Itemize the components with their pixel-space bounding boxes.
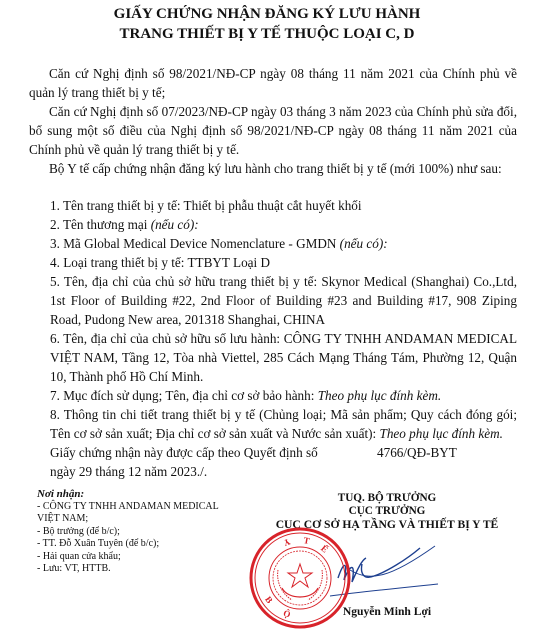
decision-number: 4766/QĐ-BYT xyxy=(377,443,457,462)
recipient-item: - Hải quan cửa khẩu; xyxy=(37,551,237,564)
recipient-item: - Bộ trưởng (để b/c); xyxy=(37,526,237,539)
svg-text:Y: Y xyxy=(282,536,292,548)
recipient-item: - Lưu: VT, HTTB. xyxy=(37,563,237,576)
recipient-item: - CÔNG TY TNHH ANDAMAN MEDICAL VIỆT NAM; xyxy=(37,501,237,526)
signer-name: Nguyễn Minh Lợi xyxy=(240,605,534,618)
preamble-issuance: Bộ Y tế cấp chứng nhận đăng ký lưu hành … xyxy=(29,159,517,178)
svg-text:T: T xyxy=(303,535,311,546)
svg-text:Ế: Ế xyxy=(319,543,330,555)
signature-title-1: TUQ. BỘ TRƯỞNG xyxy=(240,492,534,505)
document-title-line-2: TRANG THIẾT BỊ Y TẾ THUỘC LOẠI C, D xyxy=(0,25,534,43)
decision-text: Giấy chứng nhận này được cấp theo Quyết … xyxy=(50,445,318,460)
item-device-name: 1. Tên trang thiết bị y tế: Thiết bị phẫ… xyxy=(50,196,517,215)
preamble-decree-98: Căn cứ Nghị định số 98/2021/NĐ-CP ngày 0… xyxy=(29,64,517,102)
recipients-block: Nơi nhận: - CÔNG TY TNHH ANDAMAN MEDICAL… xyxy=(37,488,237,576)
item-gmdn: 3. Mã Global Medical Device Nomenclature… xyxy=(50,234,517,253)
item-device-class: 4. Loại trang thiết bị y tế: TTBYT Loại … xyxy=(50,253,517,272)
decision-date: ngày 29 tháng 12 năm 2023./. xyxy=(50,462,517,481)
recipient-item: - TT. Đỗ Xuân Tuyên (để b/c); xyxy=(37,538,237,551)
preamble-decree-07: Căn cứ Nghị định số 07/2023/NĐ-CP ngày 0… xyxy=(29,102,517,159)
recipients-heading: Nơi nhận: xyxy=(37,488,237,501)
item-registration-holder: 6. Tên, địa chỉ của chủ sở hữu số lưu hà… xyxy=(50,329,517,386)
item-details: 8. Thông tin chi tiết trang thiết bị y t… xyxy=(50,405,517,443)
document-title-line-1: GIẤY CHỨNG NHẬN ĐĂNG KÝ LƯU HÀNH xyxy=(0,5,534,23)
signature-title-2: CỤC TRƯỞNG xyxy=(240,505,534,518)
item-owner: 5. Tên, địa chỉ của chủ sở hữu trang thi… xyxy=(50,272,517,329)
svg-text:B: B xyxy=(263,594,275,605)
decision-line: Giấy chứng nhận này được cấp theo Quyết … xyxy=(50,443,517,462)
item-trade-name: 2. Tên thương mại (nếu có): xyxy=(50,215,517,234)
item-intended-use: 7. Mục đích sử dụng; Tên, địa chỉ cơ sở … xyxy=(50,386,517,405)
